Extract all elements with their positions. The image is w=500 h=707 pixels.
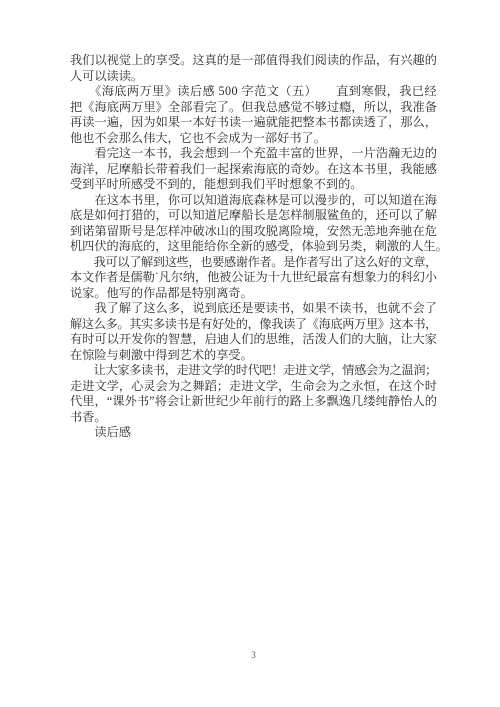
text-line: 到诺第留斯号是怎样冲破冰山的围攻脱离险境，安然无恙地奔驰在危 [70,224,437,240]
text-line: 《海底两万里》读后感 500 字范文（五） 直到寒假，我已经 [70,84,437,100]
text-line: 在惊险与刺激中得到艺术的享受。 [70,348,437,364]
text-line: 解这么多。其实多读书是有好处的，像我读了《海底两万里》这本书， [70,317,437,333]
text-line: 他也不会那么伟大，它也不会成为一部好书了。 [70,131,437,147]
text-line: 让大家多读书，走进文学的时代吧！走进文学，情感会为之温润； [70,363,437,379]
text-line: 海洋，尼摩船长带着我们一起探索海底的奇妙。在这本书里，我能感 [70,162,437,178]
text-line: 机四伏的海底的，这里能给你全新的感受，体验到另类，刺激的人生。 [70,239,437,255]
text-line: 本文作者是儒勒˙凡尔纳，他被公证为十九世纪最富有想象力的科幻小 [70,270,437,286]
text-line: 受到平时所感受不到的，能想到我们平时想象不到的。 [70,177,437,193]
text-line: 我了解了这么多，说到底还是要读书，如果不读书，也就不会了 [70,301,437,317]
text-line: 看完这一本书，我会想到一个充盈丰富的世界，一片浩瀚无边的 [70,146,437,162]
text-line: 走进文学，心灵会为之舞蹈；走进文学，生命会为之永恒，在这个时 [70,379,437,395]
text-line: 有时可以开发你的智慧，启迪人们的思维，活泼人们的大脑，让大家 [70,332,437,348]
document-text: 我们以视觉上的享受。这真的是一部值得我们阅读的作品，有兴趣的人可以读读。 《海底… [70,53,437,441]
text-line: 人可以读读。 [70,69,437,85]
document-page: 我们以视觉上的享受。这真的是一部值得我们阅读的作品，有兴趣的人可以读读。 《海底… [0,0,500,707]
page-number: 3 [70,650,437,660]
text-line: 我可以了解到这些，也要感谢作者。是作者写出了这么好的文章， [70,255,437,271]
text-line: 读后感 [70,425,437,441]
text-line: 再读一遍，因为如果一本好书读一遍就能把整本书都读透了，那么， [70,115,437,131]
text-line: 书香。 [70,410,437,426]
text-line: 代里，“课外书”将会让新世纪少年前行的路上多飘逸几缕纯静怡人的 [70,394,437,410]
text-line: 把《海底两万里》全部看完了。但我总感觉不够过瘾，所以，我准备 [70,100,437,116]
text-line: 我们以视觉上的享受。这真的是一部值得我们阅读的作品，有兴趣的 [70,53,437,69]
text-line: 底是如何打猎的，可以知道尼摩船长是怎样制服鲨鱼的，还可以了解 [70,208,437,224]
text-line: 说家。他写的作品都是特别离奇。 [70,286,437,302]
text-line: 在这本书里，你可以知道海底森林是可以漫步的，可以知道在海 [70,193,437,209]
